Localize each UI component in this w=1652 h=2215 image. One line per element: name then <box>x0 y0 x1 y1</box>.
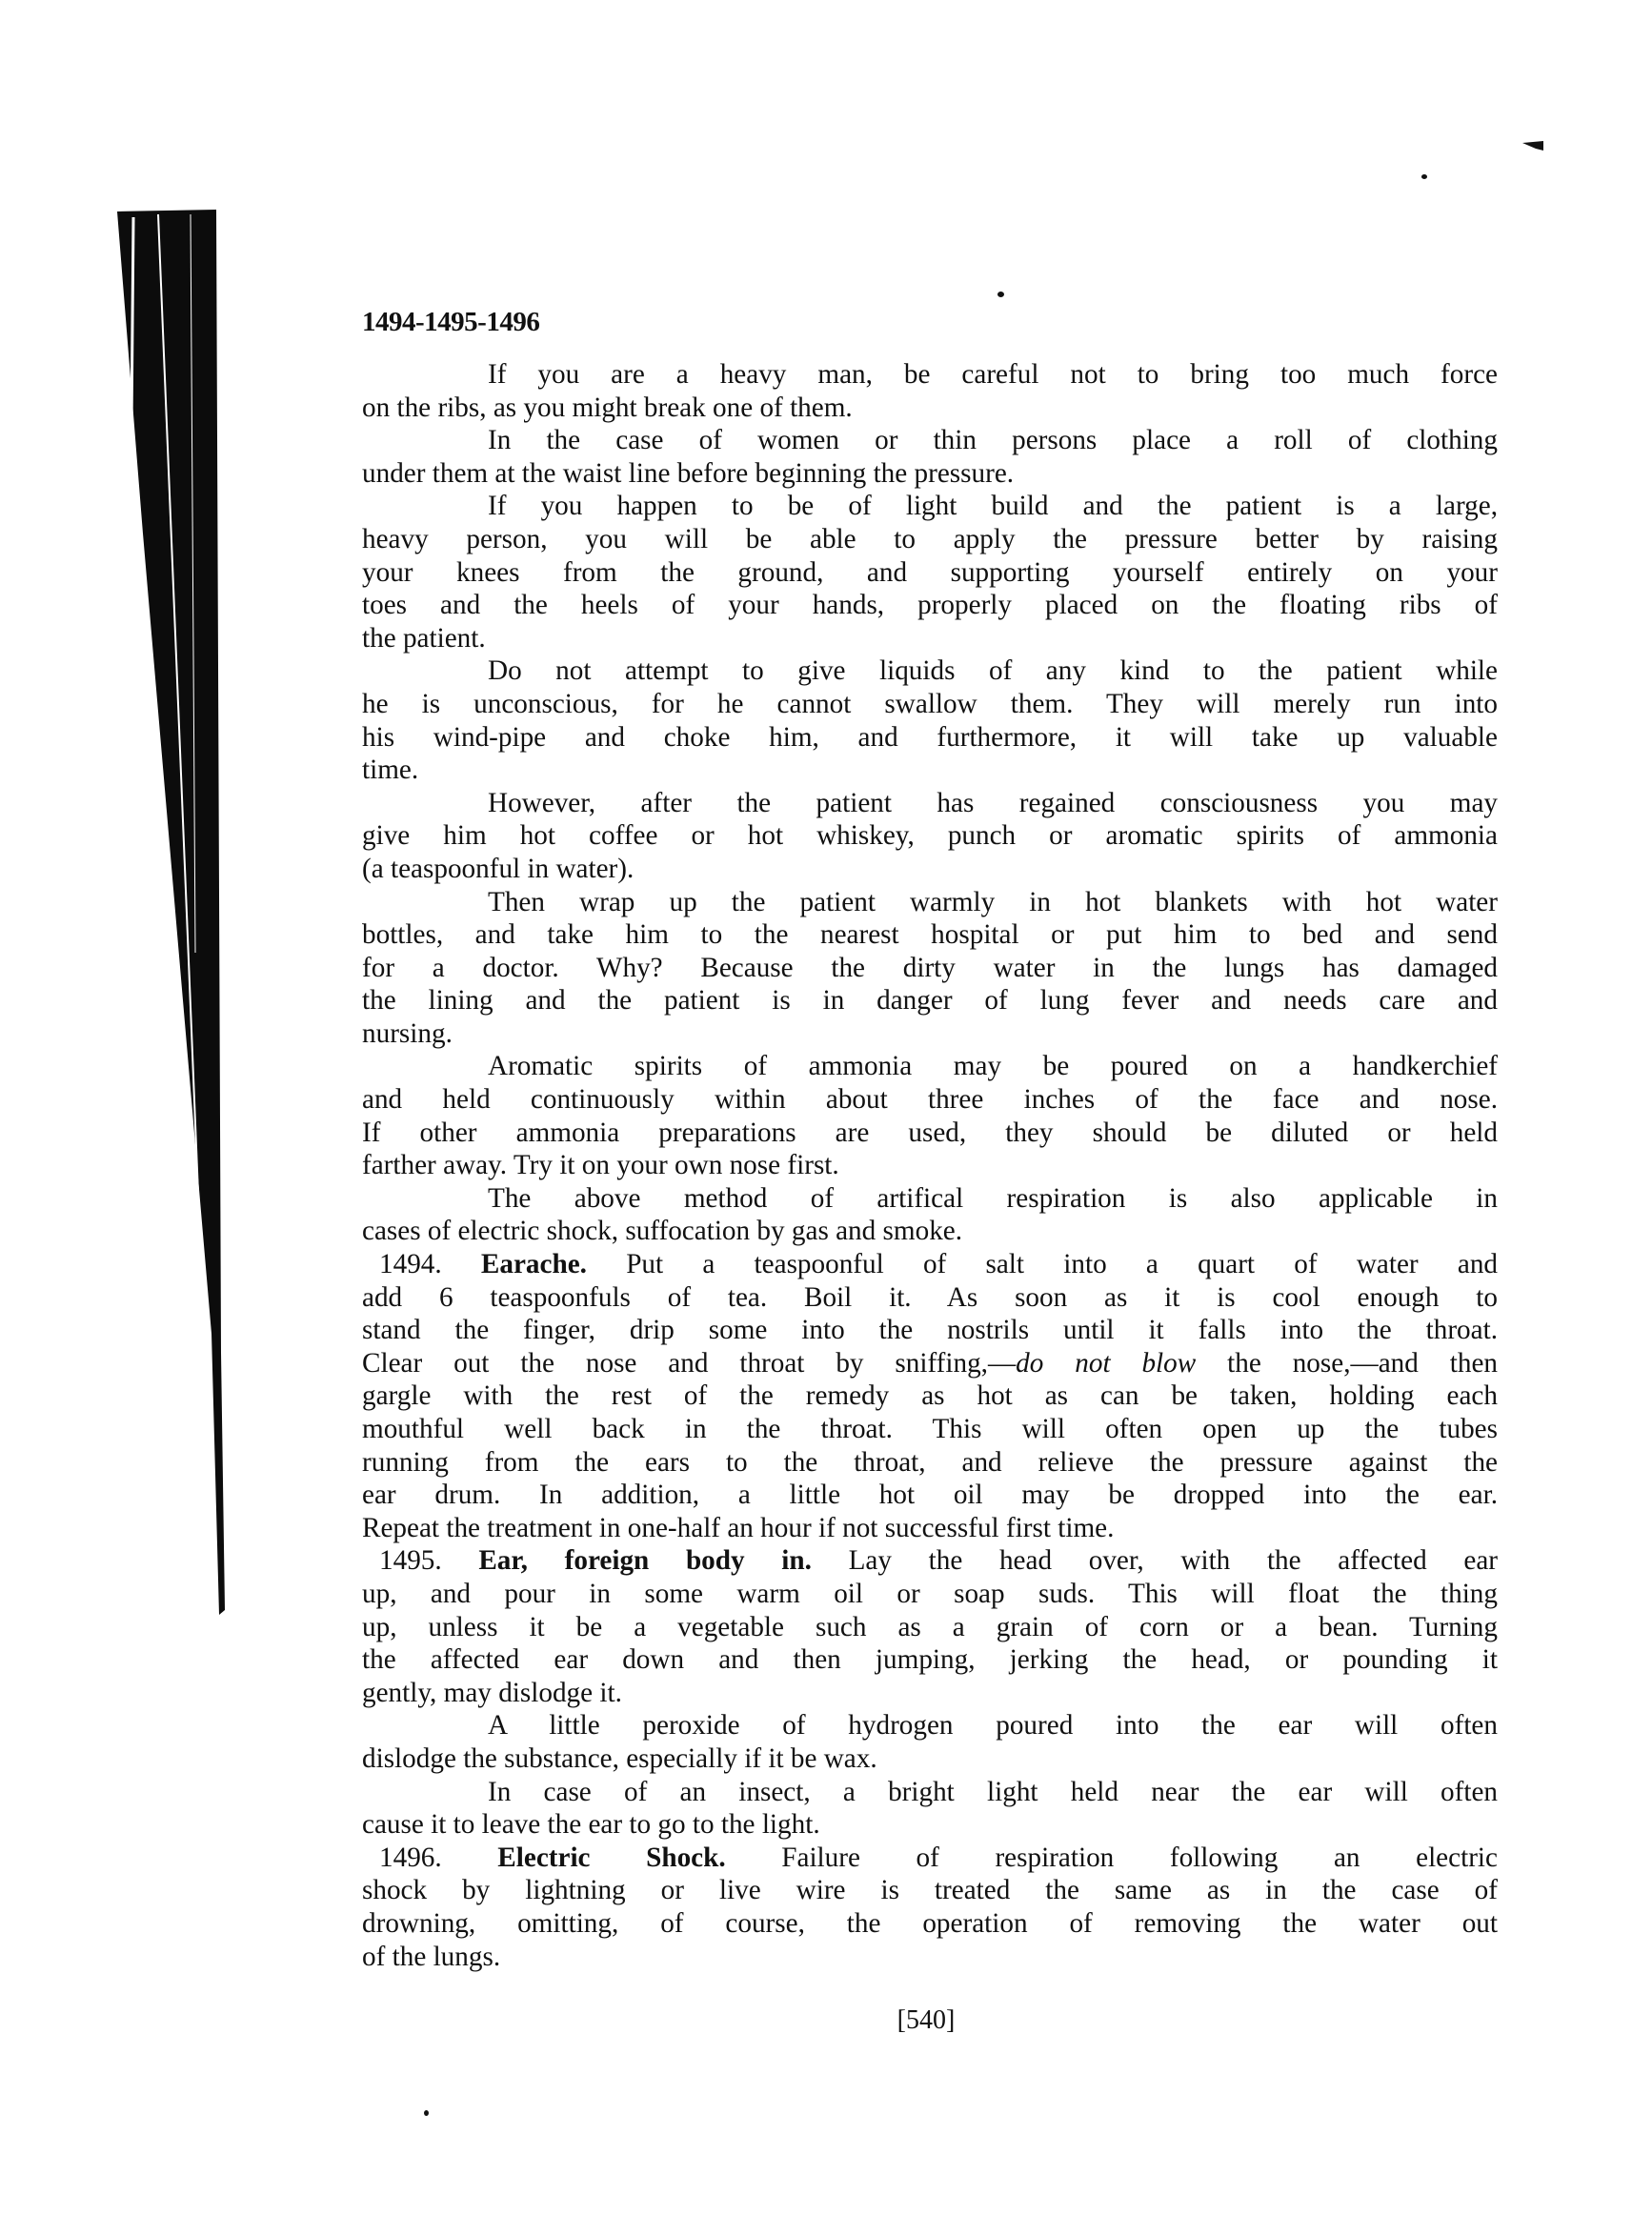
text-line: the patient. <box>362 622 1498 655</box>
speck-mark <box>997 292 1004 297</box>
text-line: cause it to leave the ear to go to the l… <box>362 1808 1498 1842</box>
text-line: running from the ears to the throat, and… <box>362 1446 1498 1480</box>
page-number: [540] <box>0 2005 1652 2036</box>
text-line: bottles, and take him to the nearest hos… <box>362 918 1498 952</box>
text-line: and held continuously within about three… <box>362 1083 1498 1117</box>
text-line: the affected ear down and then jumping, … <box>362 1643 1498 1677</box>
text-line: for a doctor. Why? Because the dirty wat… <box>362 952 1498 985</box>
text-line: toes and the heels of your hands, proper… <box>362 589 1498 622</box>
text-line: dislodge the substance, especially if it… <box>362 1742 1498 1776</box>
entry-heading-line: 1495. Ear, foreign body in. Lay the head… <box>362 1544 1498 1578</box>
text-line: your knees from the ground, and supporti… <box>362 556 1498 590</box>
text-line: on the ribs, as you might break one of t… <box>362 392 1498 425</box>
entry-heading-line: 1494. Earache. Put a teaspoonful of salt… <box>362 1248 1498 1281</box>
paragraph-first-line: If you happen to be of light build and t… <box>362 490 1498 523</box>
text-line: drowning, omitting, of course, the opera… <box>362 1907 1498 1941</box>
text-line: cases of electric shock, suffocation by … <box>362 1215 1498 1248</box>
text-line: the lining and the patient is in danger … <box>362 984 1498 1017</box>
text-line: gently, may dislodge it. <box>362 1677 1498 1710</box>
entry-heading-line: 1496. Electric Shock. Failure of respira… <box>362 1842 1498 1875</box>
paragraph-first-line: A little peroxide of hydrogen poured int… <box>362 1709 1498 1742</box>
text-line: heavy person, you will be able to apply … <box>362 523 1498 556</box>
text-line: nursing. <box>362 1017 1498 1051</box>
text-line: (a teaspoonful in water). <box>362 853 1498 886</box>
paragraph-first-line: In the case of women or thin persons pla… <box>362 424 1498 457</box>
paragraph-first-line: Then wrap up the patient warmly in hot b… <box>362 886 1498 919</box>
entry-title: Electric Shock. <box>497 1842 725 1873</box>
text-line: farther away. Try it on your own nose fi… <box>362 1149 1498 1182</box>
text-line: up, and pour in some warm oil or soap su… <box>362 1578 1498 1611</box>
text-line: give him hot coffee or hot whiskey, punc… <box>362 819 1498 853</box>
body-text: If you are a heavy man, be careful not t… <box>362 358 1498 1973</box>
text-line: he is unconscious, for he cannot swallow… <box>362 688 1498 721</box>
speck-mark <box>1421 174 1427 179</box>
paragraph-first-line: In case of an insect, a bright light hel… <box>362 1776 1498 1809</box>
entry-title: Ear, foreign body in. <box>478 1545 812 1576</box>
entry-title: Earache. <box>481 1249 587 1279</box>
text-line: add 6 teaspoonfuls of tea. Boil it. As s… <box>362 1281 1498 1315</box>
text-line: his wind-pipe and choke him, and further… <box>362 721 1498 755</box>
paragraph-first-line: If you are a heavy man, be careful not t… <box>362 358 1498 392</box>
entry-number: 1494. <box>379 1249 481 1279</box>
paragraph-first-line: However, after the patient has regained … <box>362 787 1498 820</box>
text-line: mouthful well back in the throat. This w… <box>362 1413 1498 1446</box>
text-line: under them at the waist line before begi… <box>362 457 1498 491</box>
entry-number: 1495. <box>379 1545 478 1576</box>
text-line: up, unless it be a vegetable such as a g… <box>362 1611 1498 1644</box>
text-line: time. <box>362 754 1498 787</box>
text-line: Repeat the treatment in one-half an hour… <box>362 1512 1498 1545</box>
text-line: If other ammonia preparations are used, … <box>362 1117 1498 1150</box>
speck-mark <box>424 2110 429 2116</box>
entry-number: 1496. <box>379 1842 497 1873</box>
text-line: of the lungs. <box>362 1941 1498 1974</box>
text-line: shock by lightning or live wire is treat… <box>362 1874 1498 1907</box>
text-line: Clear out the nose and throat by sniffin… <box>362 1347 1498 1380</box>
section-heading: 1494-1495-1496 <box>362 307 539 338</box>
paragraph-first-line: The above method of artifical respiratio… <box>362 1182 1498 1216</box>
text-line: stand the finger, drip some into the nos… <box>362 1314 1498 1347</box>
emphasis-text: do not blow <box>1016 1348 1196 1379</box>
paragraph-first-line: Do not attempt to give liquids of any ki… <box>362 654 1498 688</box>
text-line: ear drum. In addition, a little hot oil … <box>362 1479 1498 1512</box>
paragraph-first-line: Aromatic spirits of ammonia may be poure… <box>362 1050 1498 1083</box>
text-line: gargle with the rest of the remedy as ho… <box>362 1379 1498 1413</box>
